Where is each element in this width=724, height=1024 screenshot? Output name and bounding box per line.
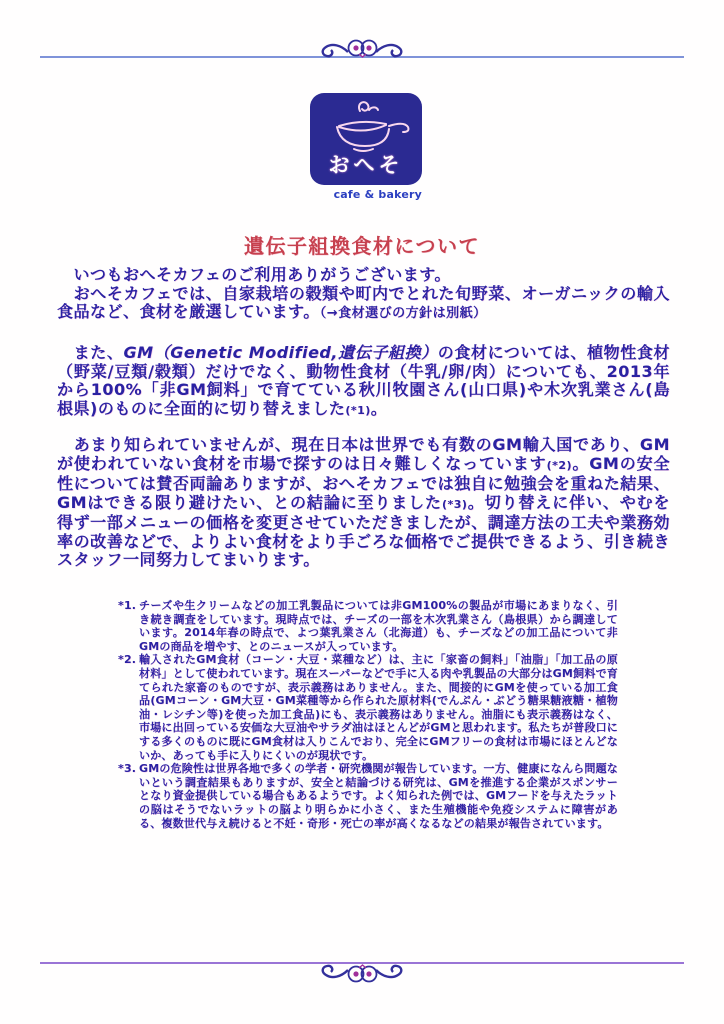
footnote-marker: *2.	[118, 653, 136, 667]
paragraph-greeting: いつもおへそカフェのご利用ありがうございます。 おへそカフェでは、自家栽培の穀類…	[57, 266, 670, 324]
text-segment: (*2)	[547, 459, 572, 472]
page-title: 遺伝子組換食材について	[0, 230, 724, 259]
logo-background: おへそ	[310, 93, 422, 185]
footnote-text: チーズや生クリームなどの加工乳製品については非GM100%の製品が市場にあまりな…	[139, 599, 618, 653]
logo-subtitle-text: cafe & bakery	[310, 188, 422, 201]
cafe-logo: おへそ cafe & bakery	[310, 93, 422, 201]
text-segment: GM（Genetic Modified,遺伝子組換）	[123, 343, 437, 362]
footnote-item: *2.輸入されたGM食材（コーン・大豆・菜種など）は、主に「家畜の飼料」「油脂」…	[118, 653, 618, 762]
footnote-marker: *1.	[118, 599, 136, 613]
footnote-item: *3.GMの危険性は世界各地で多くの学者・研究機関が報告しています。一方、健康に…	[118, 762, 618, 830]
paragraph-gm-switch: また、GM（Genetic Modified,遺伝子組換）の食材については、植物…	[57, 344, 670, 420]
text-segment: (*3)	[442, 498, 467, 511]
text-segment: 。	[371, 399, 388, 418]
footnote-text: 輸入されたGM食材（コーン・大豆・菜種など）は、主に「家畜の飼料」「油脂」「加工…	[139, 653, 618, 761]
paragraph-gm-policy: あまり知られていませんが、現在日本は世界でも有数のGM輸入国であり、GMが使われ…	[57, 436, 670, 570]
logo-name-text: おへそ	[310, 149, 422, 179]
footnotes-section: *1.チーズや生クリームなどの加工乳製品については非GM100%の製品が市場にあ…	[118, 599, 618, 830]
text-segment: （→食材選びの方針は別紙）	[320, 306, 487, 321]
footnote-item: *1.チーズや生クリームなどの加工乳製品については非GM100%の製品が市場にあ…	[118, 599, 618, 653]
footnote-text: GMの危険性は世界各地で多くの学者・研究機関が報告しています。一方、健康になんら…	[139, 762, 618, 829]
flourish-ornament-icon	[314, 964, 410, 985]
text-segment: また、	[57, 343, 123, 362]
flourish-ornament-icon	[314, 37, 410, 58]
text-segment: (*1)	[345, 404, 370, 417]
document-page: おへそ cafe & bakery 遺伝子組換食材について いつもおへそカフェの…	[0, 0, 724, 1024]
footnote-marker: *3.	[118, 762, 136, 776]
